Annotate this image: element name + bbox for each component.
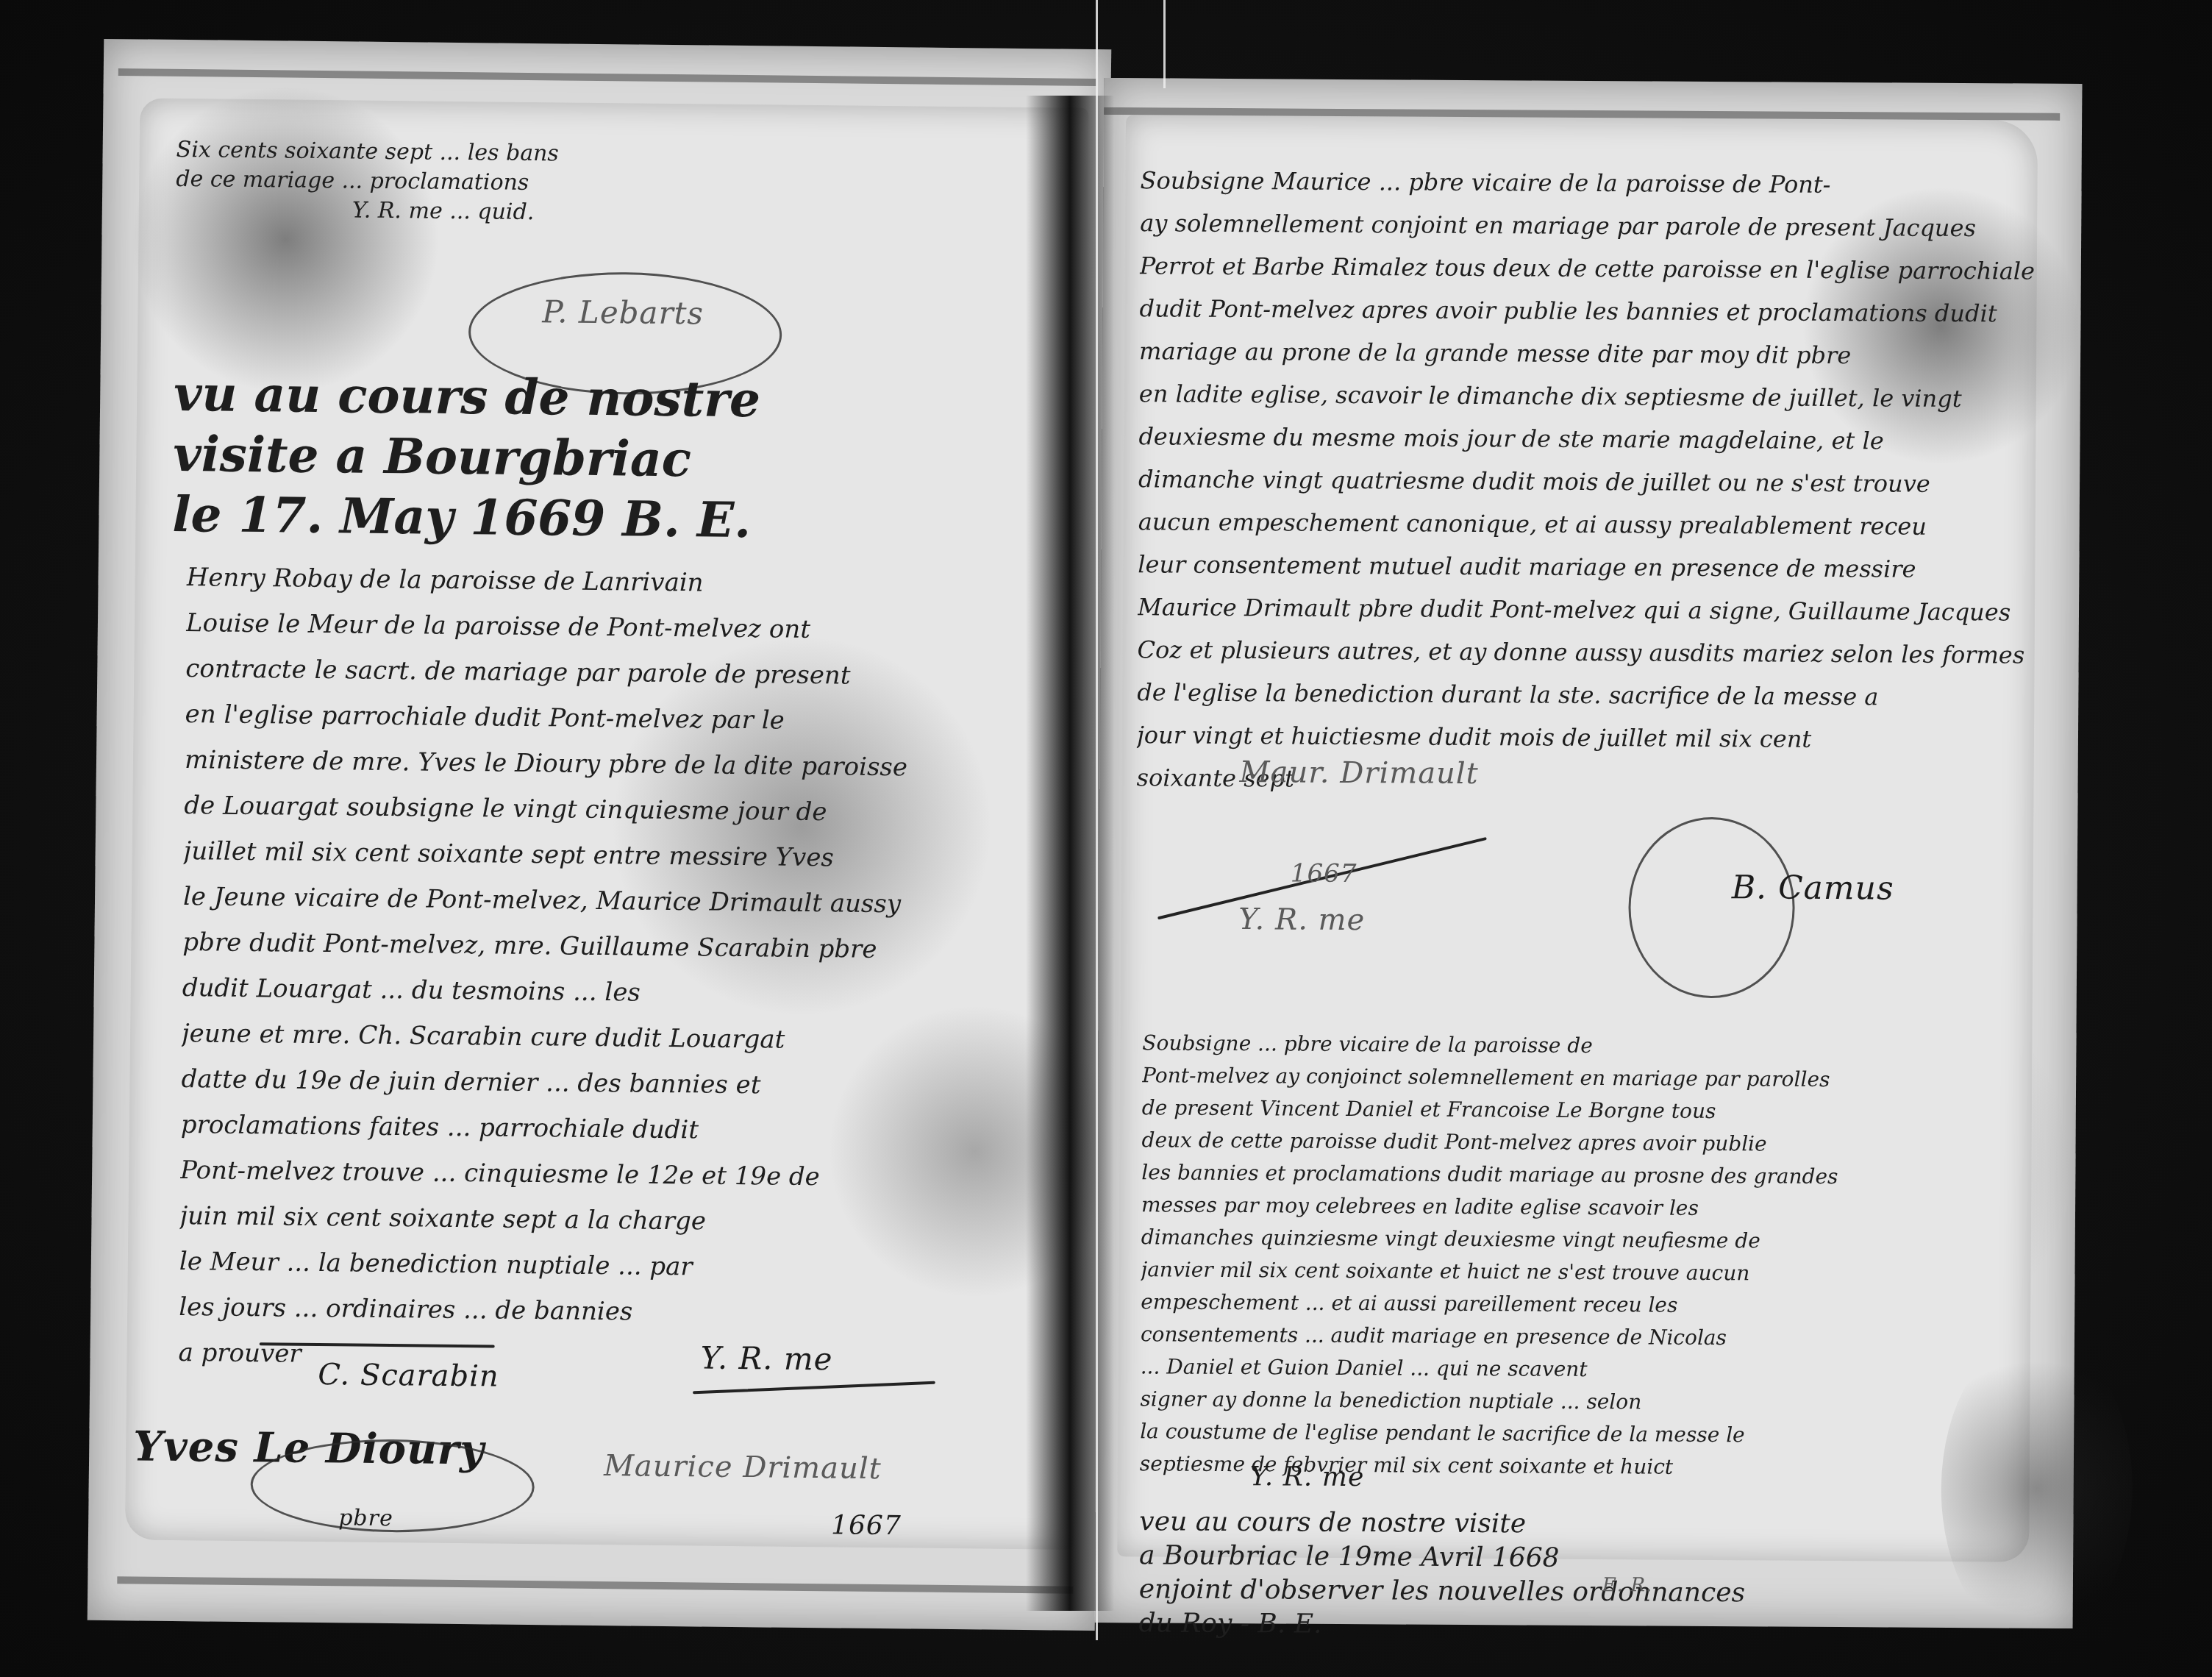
entry-line: messes par moy celebrees en ladite eglis… (1141, 1189, 2024, 1226)
film-line (1096, 0, 1098, 1640)
entry-line: empeschement ... et ai aussi pareillemen… (1141, 1286, 2023, 1323)
visit-note-line: le 17. May 1669 B. E. (172, 484, 759, 550)
entry-line: Perrot et Barbe Rimalez tous deux de cet… (1140, 244, 2044, 293)
signature-r-me: Y. R. me (1238, 902, 1365, 937)
entry-line: Soubsigne ... pbre vicaire de la paroiss… (1142, 1027, 2024, 1064)
initials: E. R. (1602, 1574, 1653, 1596)
signature-r-me: Y. R. me (700, 1339, 833, 1377)
entry-line: dimanches quinziesme vingt deuxiesme vin… (1141, 1221, 2024, 1258)
header-note-line: Y. R. me ... quid. (176, 194, 559, 227)
signature-pbre: pbre (338, 1505, 393, 1531)
film-line (1163, 0, 1166, 88)
entry-line: jour vingt et huictiesme dudit mois de j… (1137, 713, 2041, 762)
entry-line: deuxiesme du mesme mois jour de ste mari… (1138, 415, 2043, 463)
entry-line: la coustume de l'eglise pendant le sacri… (1140, 1415, 2022, 1453)
entry-line: en ladite eglise, scavoir le dimanche di… (1139, 372, 2044, 421)
left-page: Six cents soixante sept ... les bans de … (88, 39, 1111, 1631)
visit-note-line: enjoint d'observer les nouvelles ordonna… (1139, 1573, 1745, 1610)
entry-line: Pont-melvez ay conjoinct solemnellement … (1142, 1059, 2024, 1097)
visit-note: vu au cours de nostre visite a Bourgbria… (172, 363, 760, 550)
signature-scarabin: C. Scarabin (318, 1358, 499, 1394)
header-note-line: de ce mariage ... proclamations (176, 165, 559, 198)
entry-line: de present Vincent Daniel et Francoise L… (1142, 1092, 2024, 1129)
entry-line: signer ay donne la benediction nuptiale … (1140, 1383, 2022, 1420)
signature-camus: B. Camus (1732, 869, 1894, 907)
signature-maur-drimault: Maur. Drimault (1240, 755, 1479, 791)
signature-r-me-entry-2: Y. R. me (1250, 1461, 1365, 1492)
signature-year: 1667 (831, 1510, 902, 1541)
signature-flourish (1628, 816, 1795, 998)
entry-line: mariage au prone de la grande messe dite… (1139, 330, 2044, 378)
entry-line: deux de cette paroisse dudit Pont-melvez… (1141, 1124, 2024, 1161)
entry-line: Coz et plusieurs autres, et ay donne aus… (1138, 628, 2042, 677)
entry-line: ... Daniel et Guion Daniel ... qui ne sc… (1141, 1350, 2023, 1388)
signature-drimault: Maurice Drimault (604, 1449, 882, 1486)
signature-year: 1667 (1291, 859, 1357, 889)
marriage-entry-left: Henry Robay de la paroisse de Lanrivain … (178, 555, 1025, 1384)
entry-line: les jours ... ordinaires ... de bannies (179, 1284, 1018, 1339)
visit-note-line: veu au cours de nostre visite (1139, 1505, 1745, 1542)
entry-line: ay solemnellement conjoint en mariage pa… (1140, 202, 2044, 250)
page-edge-shadow (117, 1576, 1073, 1594)
entry-line: Maurice Drimault pbre dudit Pont-melvez … (1138, 585, 2042, 634)
marriage-entry-daniel-le-borgne: Soubsigne ... pbre vicaire de la paroiss… (1140, 1027, 2025, 1485)
visit-note-line: a Bourbriac le 19me Avril 1668 (1139, 1539, 1745, 1576)
entry-line: consentements ... audit mariage en prese… (1141, 1318, 2023, 1356)
entry-line: leur consentement mutuel audit mariage e… (1138, 543, 2042, 591)
page-edge-shadow (118, 68, 1096, 86)
header-note: Six cents soixante sept ... les bans de … (176, 135, 559, 227)
entry-line: janvier mil six cent soixante et huict n… (1141, 1253, 2023, 1291)
scan-background: Six cents soixante sept ... les bans de … (0, 0, 2212, 1677)
book-gutter (1026, 96, 1114, 1611)
entry-line: Soubsigne Maurice ... pbre vicaire de la… (1140, 159, 2044, 207)
entry-line: dudit Pont-melvez apres avoir publie les… (1139, 287, 2044, 335)
visit-note-line: vu au cours de nostre (174, 363, 760, 430)
signature-lebarts: P. Lebarts (542, 293, 704, 331)
entry-line: aucun empeschement canonique, et ai auss… (1138, 500, 2043, 549)
visit-note-right: veu au cours de nostre visite a Bourbria… (1138, 1505, 1745, 1644)
marriage-entry-perrot-rimalez: Soubsigne Maurice ... pbre vicaire de la… (1136, 159, 2044, 804)
entry-line: a prouver (178, 1330, 1017, 1384)
entry-line: de l'eglise la benediction durant la ste… (1137, 671, 2041, 719)
header-note-line: Six cents soixante sept ... les bans (176, 135, 560, 168)
entry-line: dimanche vingt quatriesme dudit mois de … (1138, 457, 2043, 506)
visit-note-line: visite a Bourgbriac (173, 424, 760, 490)
right-page: Soubsigne Maurice ... pbre vicaire de la… (1095, 78, 2083, 1628)
entry-line: les bannies et proclamations dudit maria… (1141, 1156, 2024, 1194)
visit-note-line: du Roy - B. E. (1138, 1606, 1744, 1644)
